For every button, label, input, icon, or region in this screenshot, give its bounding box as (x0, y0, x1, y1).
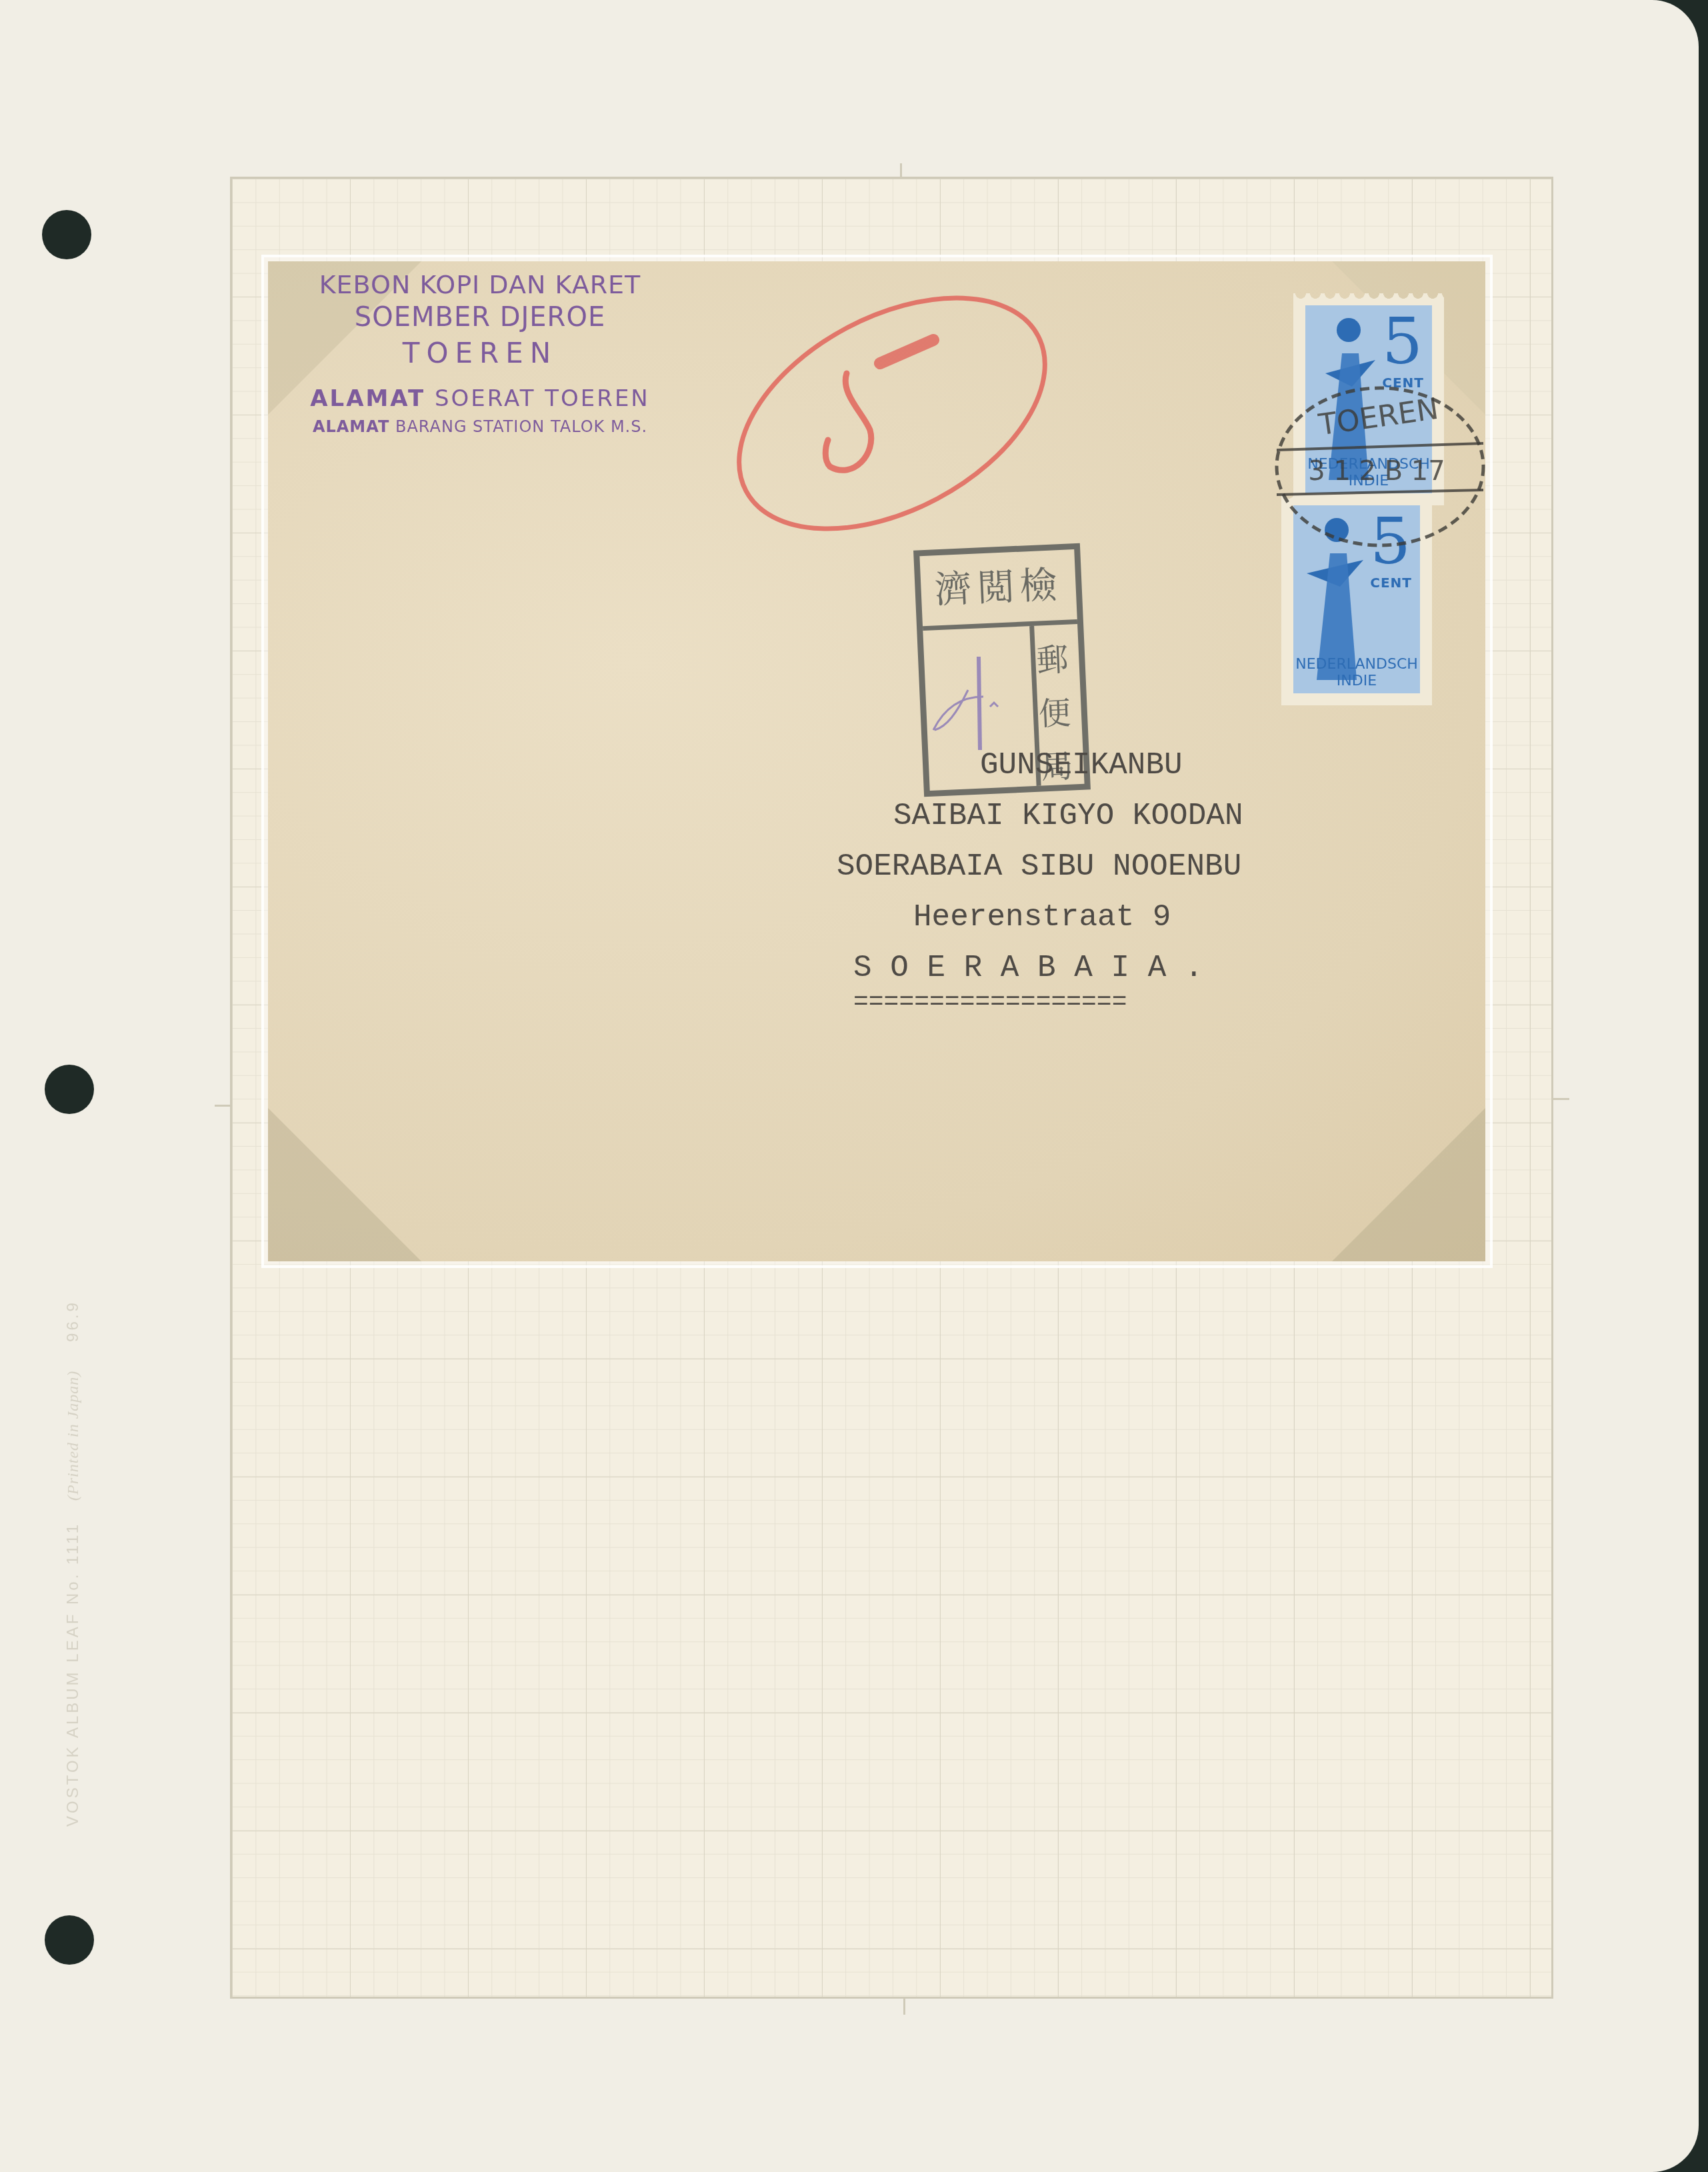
punch-hole-middle (45, 1065, 94, 1114)
address-line: SOERABAIA SIBU NOOENBU (837, 841, 1343, 892)
address-line: Heerenstraat 9 (837, 892, 1343, 943)
address-line: GUNSEIKANBU (837, 740, 1343, 791)
address-underline: ================== (837, 993, 1343, 1013)
grid-tick-top (900, 163, 902, 178)
mount-corner-bottom-left (268, 1108, 421, 1261)
svg-text:3 1 2 B 17: 3 1 2 B 17 (1308, 456, 1445, 487)
mount-corner-bottom-right (1332, 1108, 1485, 1261)
toeren-postmark: TOEREN 3 1 2 B 17 (1270, 380, 1490, 553)
punch-hole-bottom (45, 1915, 94, 1965)
album-imprint: VOSTOK ALBUM LEAF No. 1111 (Printed in J… (64, 1300, 83, 1827)
sender-handstamp: KEBON KOPI DAN KARET SOEMBER DJEROE TOER… (280, 270, 680, 436)
grid-tick-right (1553, 1098, 1569, 1100)
grid-tick-left (215, 1105, 231, 1107)
grid-tick-bottom (903, 1999, 905, 2015)
address-line: S O E R A B A I A . (837, 943, 1343, 993)
address-line: SAIBAI KIGYO KOODAN (837, 791, 1343, 841)
svg-text:TOEREN: TOEREN (1316, 392, 1441, 443)
red-crayon-circled-number (713, 280, 1073, 547)
punch-hole-top (42, 210, 91, 259)
typed-address: GUNSEIKANBU SAIBAI KIGYO KOODAN SOERABAI… (837, 740, 1343, 1013)
